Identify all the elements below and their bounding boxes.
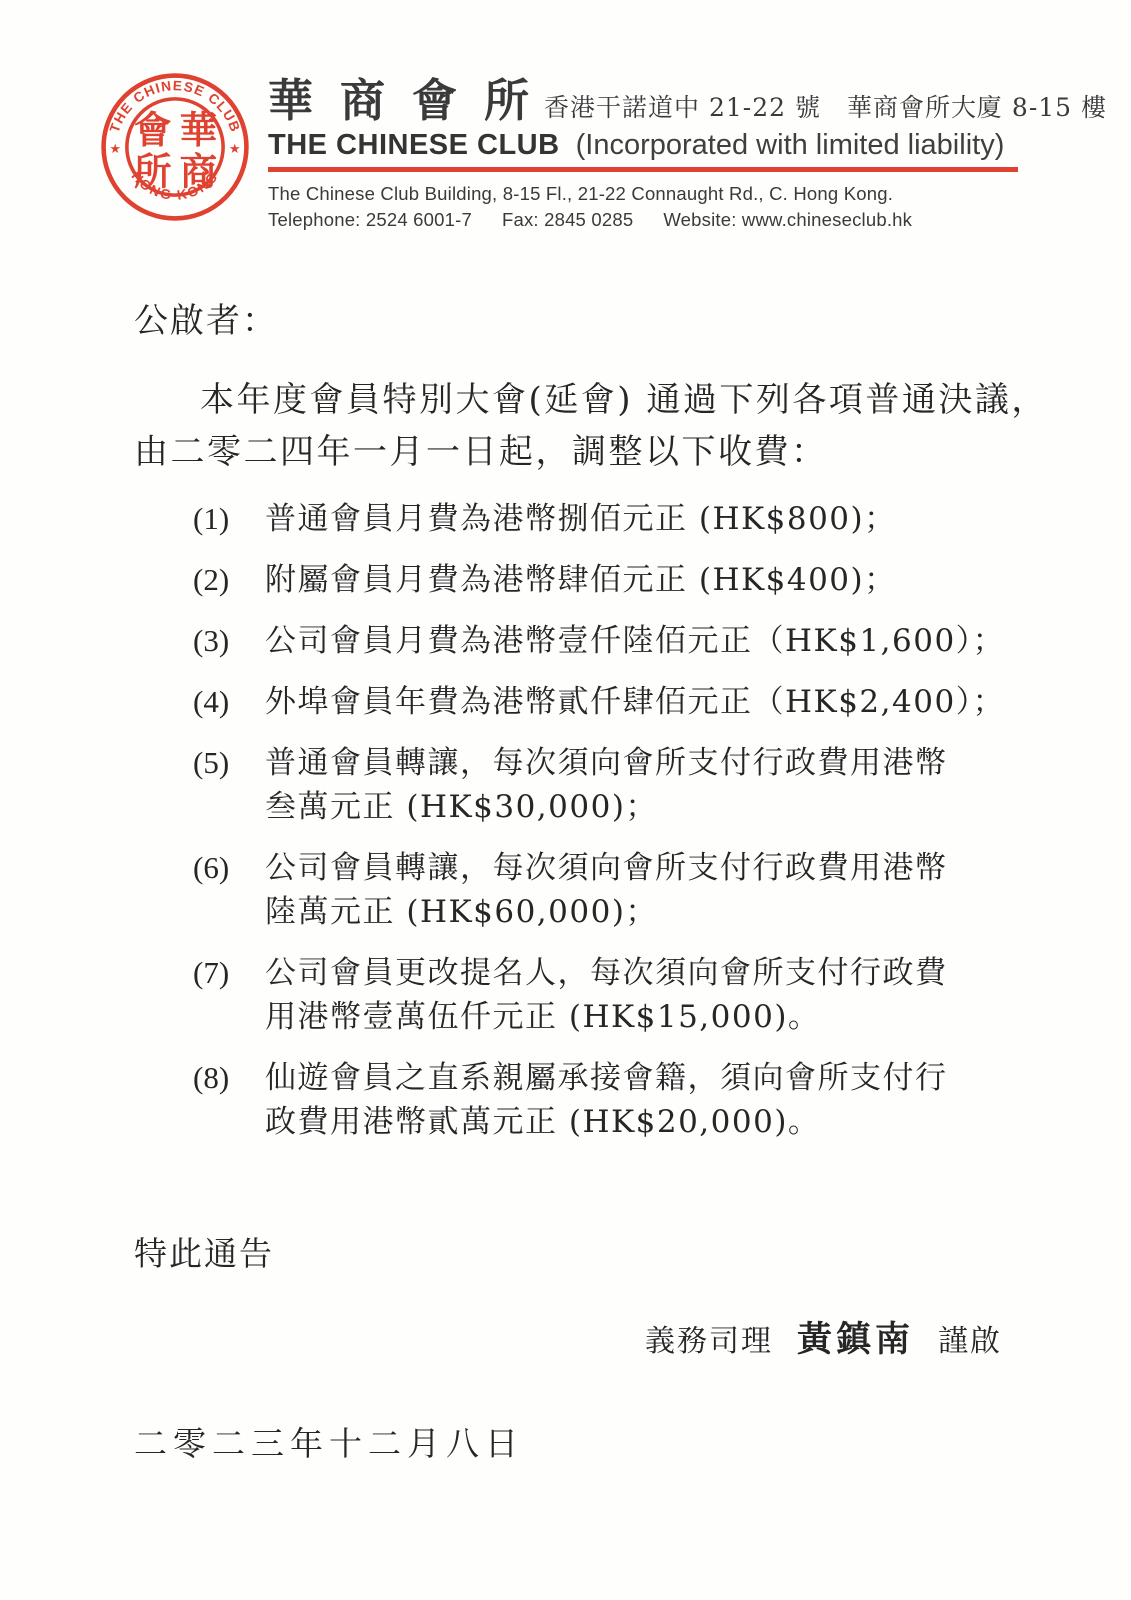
seal-left-star-icon: ★ bbox=[109, 142, 121, 157]
item-number: (6) bbox=[193, 846, 265, 934]
item-line: 陸萬元正 (HK$60,000)； bbox=[265, 890, 1053, 934]
seal-emblem-char: 華 bbox=[180, 108, 217, 152]
item-text: 仙遊會員之直系親屬承接會籍，須向會所支付行 政費用港幣貳萬元正 (HK$20,0… bbox=[265, 1056, 1053, 1144]
seal-right-star-icon: ★ bbox=[229, 142, 241, 157]
item-line: 公司會員轉讓，每次須向會所支付行政費用港幣 bbox=[265, 850, 948, 886]
letter-page: THE CHINESE CLUB HONG KONG ★ ★ 會 華 所 商 華… bbox=[0, 0, 1131, 1600]
telephone-text: Telephone: 2524 6001-7 bbox=[268, 209, 472, 231]
closing-phrase: 特此通告 bbox=[134, 1228, 274, 1275]
seal-emblem-char: 會 bbox=[134, 108, 171, 152]
club-address-english: The Chinese Club Building, 8-15 Fl., 21-… bbox=[268, 183, 1107, 205]
resolution-list: (1) 普通會員月費為港幣捌佰元正 (HK$800)； (2) 附屬會員月費為港… bbox=[193, 497, 1053, 1161]
website-text: Website: www.chineseclub.hk bbox=[663, 209, 912, 231]
intro-paragraph-line1: 本年度會員特別大會(延會) 通過下列各項普通決議， bbox=[200, 372, 1048, 421]
signature-block: 義務司理 黃鎮南 謹啟 bbox=[645, 1312, 1002, 1362]
signer-title: 義務司理 bbox=[645, 1316, 773, 1360]
seal-emblem-char: 所 bbox=[134, 149, 171, 193]
salutation: 公啟者： bbox=[134, 293, 278, 342]
item-line: 附屬會員月費為港幣肆佰元正 (HK$400)； bbox=[265, 562, 897, 598]
item-number: (1) bbox=[193, 497, 265, 541]
item-number: (4) bbox=[193, 680, 265, 724]
item-text: 普通會員轉讓，每次須向會所支付行政費用港幣 叁萬元正 (HK$30,000)； bbox=[265, 741, 1053, 829]
list-item: (3) 公司會員月費為港幣壹仟陸佰元正（HK$1,600）； bbox=[193, 619, 1053, 663]
item-text: 附屬會員月費為港幣肆佰元正 (HK$400)； bbox=[265, 558, 1053, 602]
club-address-chinese: 香港干諾道中 21-22 號 華商會所大廈 8-15 樓 bbox=[544, 88, 1107, 124]
club-name-chinese: 華商會所 bbox=[268, 78, 556, 123]
item-line: 公司會員更改提名人，每次須向會所支付行政費 bbox=[265, 955, 948, 991]
letterhead-english-row: THE CHINESE CLUB (Incorporated with limi… bbox=[268, 130, 1107, 160]
item-number: (7) bbox=[193, 951, 265, 1039]
letterhead: THE CHINESE CLUB HONG KONG ★ ★ 會 華 所 商 華… bbox=[98, 70, 1107, 231]
seal-top-text: THE CHINESE CLUB bbox=[107, 78, 243, 134]
list-item: (8) 仙遊會員之直系親屬承接會籍，須向會所支付行 政費用港幣貳萬元正 (HK$… bbox=[193, 1056, 1053, 1144]
item-text: 外埠會員年費為港幣貳仟肆佰元正（HK$2,400）； bbox=[265, 680, 1053, 724]
item-number: (8) bbox=[193, 1056, 265, 1144]
item-line: 普通會員轉讓，每次須向會所支付行政費用港幣 bbox=[265, 745, 948, 781]
item-line: 公司會員月費為港幣壹仟陸佰元正（HK$1,600）； bbox=[265, 623, 1005, 659]
letterhead-chinese-row: 華商會所 香港干諾道中 21-22 號 華商會所大廈 8-15 樓 bbox=[268, 78, 1107, 124]
header-divider bbox=[268, 167, 1018, 172]
item-line: 政費用港幣貳萬元正 (HK$20,000)。 bbox=[265, 1100, 1053, 1144]
club-contact-line: Telephone: 2524 6001-7 Fax: 2845 0285 We… bbox=[268, 209, 1107, 231]
club-incorporation-note: (Incorporated with limited liability) bbox=[576, 129, 1005, 161]
item-text: 公司會員更改提名人，每次須向會所支付行政費 用港幣壹萬伍仟元正 (HK$15,0… bbox=[265, 951, 1053, 1039]
list-item: (1) 普通會員月費為港幣捌佰元正 (HK$800)； bbox=[193, 497, 1053, 541]
club-seal-logo: THE CHINESE CLUB HONG KONG ★ ★ 會 華 所 商 bbox=[98, 70, 252, 224]
item-number: (5) bbox=[193, 741, 265, 829]
list-item: (5) 普通會員轉讓，每次須向會所支付行政費用港幣 叁萬元正 (HK$30,00… bbox=[193, 741, 1053, 829]
list-item: (4) 外埠會員年費為港幣貳仟肆佰元正（HK$2,400）； bbox=[193, 680, 1053, 724]
list-item: (6) 公司會員轉讓，每次須向會所支付行政費用港幣 陸萬元正 (HK$60,00… bbox=[193, 846, 1053, 934]
item-text: 公司會員轉讓，每次須向會所支付行政費用港幣 陸萬元正 (HK$60,000)； bbox=[265, 846, 1053, 934]
fax-text: Fax: 2845 0285 bbox=[502, 209, 633, 231]
intro-paragraph-line2: 由二零二四年一月一日起，調整以下收費： bbox=[134, 424, 828, 473]
letterhead-text: 華商會所 香港干諾道中 21-22 號 華商會所大廈 8-15 樓 THE CH… bbox=[268, 70, 1107, 231]
club-name-english: THE CHINESE CLUB bbox=[268, 129, 560, 161]
seal-emblem-char: 商 bbox=[180, 149, 217, 193]
list-item: (7) 公司會員更改提名人，每次須向會所支付行政費 用港幣壹萬伍仟元正 (HK$… bbox=[193, 951, 1053, 1039]
signature-suffix: 謹啟 bbox=[938, 1316, 1002, 1360]
signer-name: 黃鎮南 bbox=[797, 1312, 914, 1362]
item-text: 普通會員月費為港幣捌佰元正 (HK$800)； bbox=[265, 497, 1053, 541]
item-line: 用港幣壹萬伍仟元正 (HK$15,000)。 bbox=[265, 995, 1053, 1039]
item-line: 普通會員月費為港幣捌佰元正 (HK$800)； bbox=[265, 501, 897, 537]
item-line: 仙遊會員之直系親屬承接會籍，須向會所支付行 bbox=[265, 1060, 948, 1096]
list-item: (2) 附屬會員月費為港幣肆佰元正 (HK$400)； bbox=[193, 558, 1053, 602]
seal-emblem: 會 華 所 商 bbox=[134, 108, 217, 194]
item-line: 外埠會員年費為港幣貳仟肆佰元正（HK$2,400）； bbox=[265, 684, 1005, 720]
item-line: 叁萬元正 (HK$30,000)； bbox=[265, 785, 1053, 829]
item-number: (3) bbox=[193, 619, 265, 663]
letter-date: 二零二三年十二月八日 bbox=[134, 1418, 524, 1465]
item-text: 公司會員月費為港幣壹仟陸佰元正（HK$1,600）； bbox=[265, 619, 1053, 663]
item-number: (2) bbox=[193, 558, 265, 602]
